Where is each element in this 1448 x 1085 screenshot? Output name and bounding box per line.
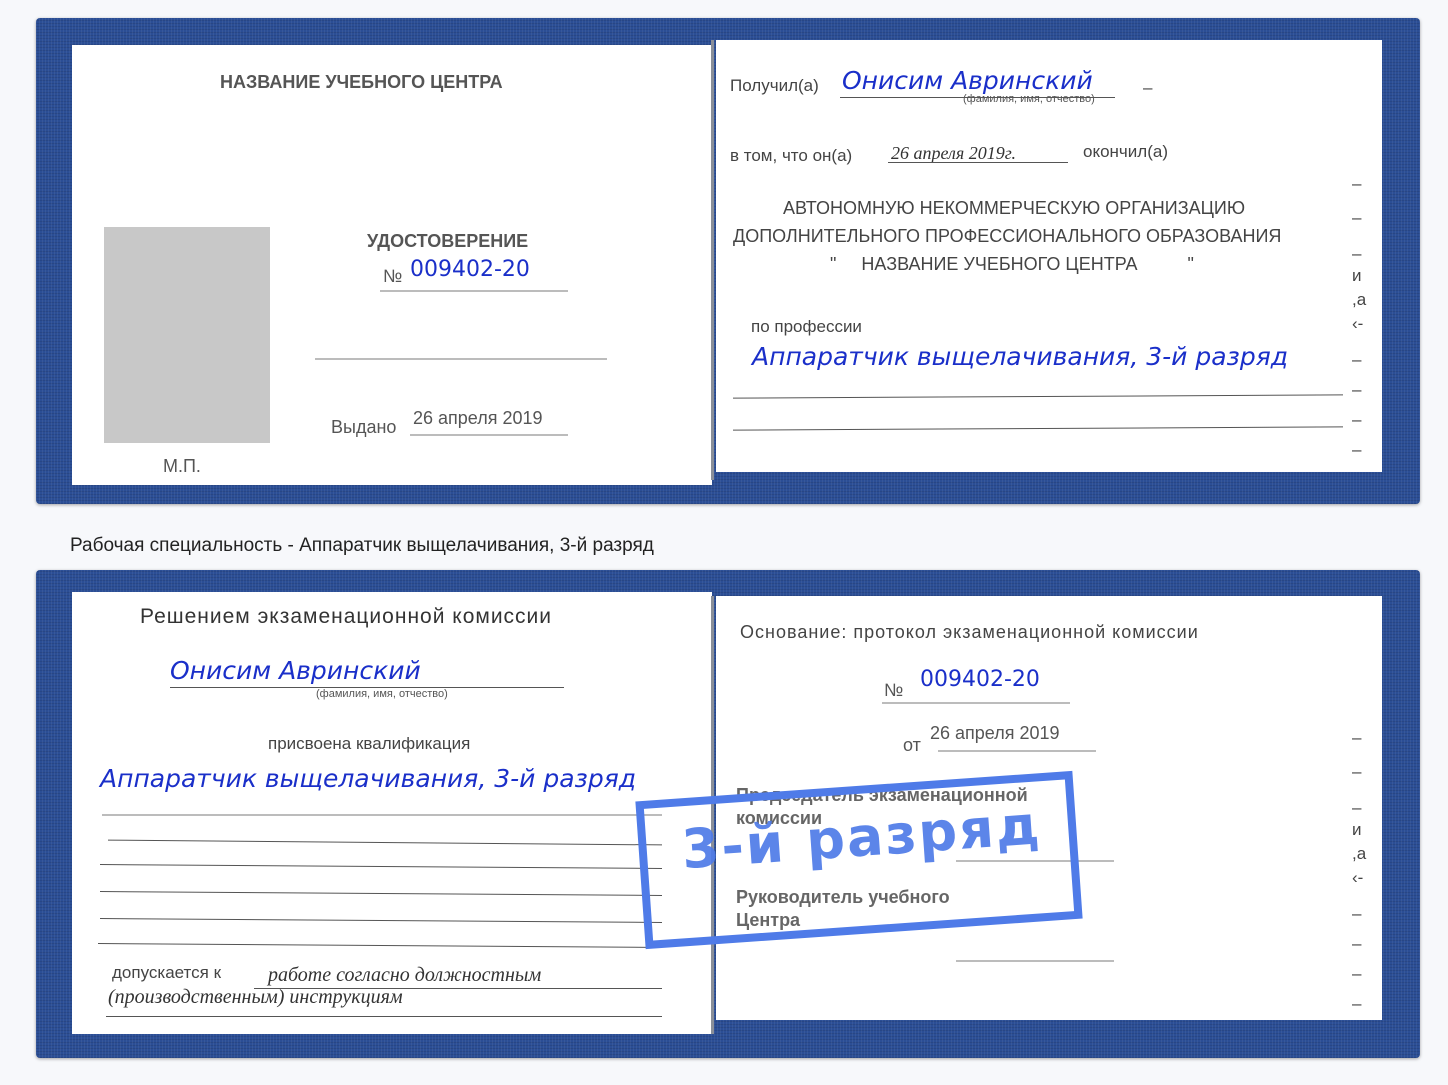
profession-value: Аппаратчик выщелачивания, 3-й разряд bbox=[752, 342, 1288, 371]
margin-mark: – bbox=[1352, 208, 1361, 228]
name-hint: (фамилия, имя, отчество) bbox=[963, 93, 1095, 105]
top-spine bbox=[711, 40, 714, 480]
admitted-underline-2 bbox=[106, 1016, 662, 1017]
margin-mark: – bbox=[1352, 964, 1361, 984]
completed-suffix: окончил(а) bbox=[1083, 142, 1168, 162]
number-label: № bbox=[383, 266, 402, 287]
stamp-place-label: М.П. bbox=[163, 456, 201, 477]
margin-mark: – bbox=[1352, 798, 1361, 818]
margin-mark: – bbox=[1352, 904, 1361, 924]
issued-underline bbox=[410, 434, 568, 436]
admitted-label: допускается к bbox=[112, 963, 221, 983]
doc-title: УДОСТОВЕРЕНИЕ bbox=[367, 231, 528, 252]
margin-mark: и bbox=[1352, 266, 1362, 286]
completed-prefix: в том, что он(а) bbox=[730, 146, 852, 166]
margin-mark: – bbox=[1352, 350, 1361, 370]
qualification-label: присвоена квалификация bbox=[268, 734, 470, 754]
person-name-hint: (фамилия, имя, отчество) bbox=[316, 688, 448, 700]
margin-mark: – bbox=[1352, 380, 1361, 400]
completed-date-underline bbox=[888, 162, 1068, 163]
margin-mark: – bbox=[1352, 762, 1361, 782]
rank-stamp-text: 3-й разряд bbox=[680, 793, 1044, 881]
qualification-underline bbox=[102, 814, 662, 816]
org-line-1: АВТОНОМНУЮ НЕКОММЕРЧЕСКУЮ ОРГАНИЗАЦИЮ bbox=[783, 198, 1245, 219]
qualification-value: Аппаратчик выщелачивания, 3-й разряд bbox=[100, 764, 636, 793]
decision-title: Решением экзаменационной комиссии bbox=[140, 605, 552, 629]
issued-label: Выдано bbox=[331, 417, 396, 438]
person-name: Онисим Авринский bbox=[170, 656, 421, 685]
margin-mark: и bbox=[1352, 820, 1362, 840]
issued-date: 26 апреля 2019 bbox=[413, 408, 543, 429]
rank-stamp: 3-й разряд bbox=[635, 771, 1082, 949]
org-line-2: ДОПОЛНИТЕЛЬНОГО ПРОФЕССИОНАЛЬНОГО ОБРАЗО… bbox=[733, 226, 1281, 247]
admitted-line-1: работе согласно должностным bbox=[268, 964, 541, 987]
protocol-number: 009402-20 bbox=[920, 667, 1040, 692]
margin-mark: – bbox=[1352, 994, 1361, 1014]
blank-line bbox=[315, 358, 607, 360]
margin-mark: – bbox=[1352, 728, 1361, 748]
margin-mark: – bbox=[1352, 934, 1361, 954]
margin-mark: – bbox=[1352, 410, 1361, 430]
margin-mark: ,а bbox=[1352, 844, 1366, 864]
dash: – bbox=[1143, 78, 1152, 98]
margin-mark: – bbox=[1352, 244, 1361, 264]
center-name: НАЗВАНИЕ УЧЕБНОГО ЦЕНТРА bbox=[220, 72, 503, 93]
profession-label: по профессии bbox=[751, 317, 862, 337]
protocol-date: 26 апреля 2019 bbox=[930, 723, 1060, 744]
margin-mark: ‹- bbox=[1352, 868, 1363, 888]
margin-mark: – bbox=[1352, 440, 1361, 460]
protocol-number-label: № bbox=[884, 680, 903, 701]
specialty-caption: Рабочая специальность - Аппаратчик выщел… bbox=[70, 535, 654, 557]
recipient-name: Онисим Авринский bbox=[842, 66, 1093, 95]
margin-mark: ‹- bbox=[1352, 314, 1363, 334]
margin-mark: ,а bbox=[1352, 290, 1366, 310]
protocol-date-label: от bbox=[903, 735, 921, 756]
number-underline bbox=[380, 290, 568, 292]
certificate-number: 009402-20 bbox=[410, 257, 530, 282]
admitted-line-2: (производственным) инструкциям bbox=[108, 986, 403, 1009]
protocol-number-underline bbox=[882, 702, 1070, 704]
org-line-3: " НАЗВАНИЕ УЧЕБНОГО ЦЕНТРА " bbox=[830, 254, 1194, 275]
completed-date: 26 апреля 2019г. bbox=[891, 143, 1016, 164]
received-label: Получил(а) bbox=[730, 76, 819, 96]
margin-mark: – bbox=[1352, 174, 1361, 194]
basis-title: Основание: протокол экзаменационной коми… bbox=[740, 622, 1199, 643]
protocol-date-underline bbox=[938, 750, 1096, 752]
photo-placeholder bbox=[104, 227, 270, 443]
head-signature-line bbox=[956, 960, 1114, 962]
